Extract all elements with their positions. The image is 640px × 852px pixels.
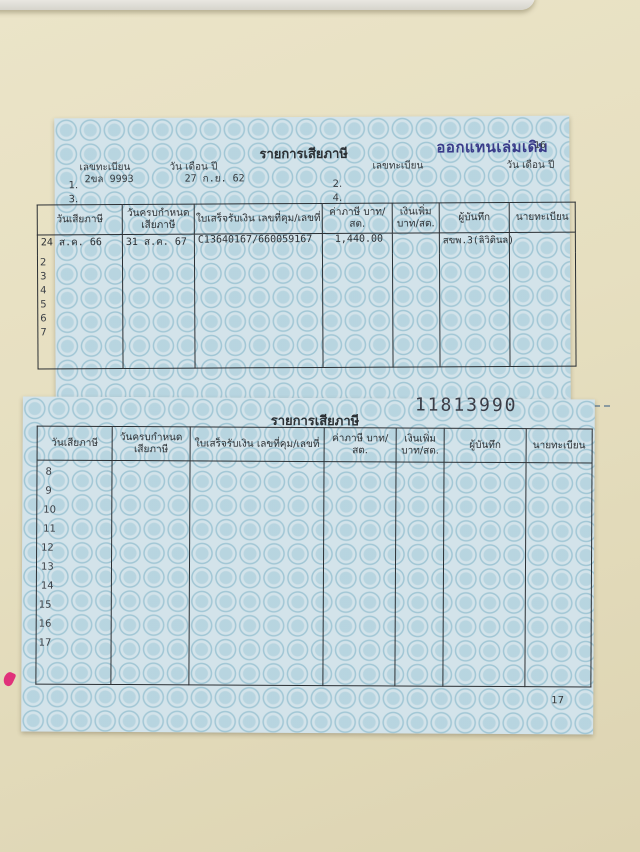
col-surcharge: เงินเพิ่ม บาท/สต. — [396, 428, 444, 462]
col-registrar: นายทะเบียน — [509, 202, 575, 232]
tax-amount-cell: 1,440.00 — [323, 234, 392, 245]
row-number: 12 — [37, 543, 111, 554]
col-receipt: ใบเสร็จรับเงิน เลขที่คุม/เลขที่ — [190, 427, 324, 462]
row-number: 2 — [38, 256, 122, 267]
tax-record-table-top: วันเสียภาษี วันครบกำหนด เสียภาษี ใบเสร็จ… — [37, 202, 577, 370]
col-due-date: วันครบกำหนด เสียภาษี — [122, 204, 194, 234]
serial-number: 11813990 — [415, 395, 518, 417]
row-number: 10 — [37, 505, 111, 516]
top-page: รายการเสียภาษี ออกแทนเล่มเดิม 16 เลขทะเบ… — [54, 116, 571, 409]
desk-object-edge — [0, 0, 535, 10]
col-due-date: วันครบกำหนด เสียภาษี — [112, 426, 190, 460]
row-number: 13 — [37, 562, 111, 573]
date-value: 27 ก.ย. 62 — [185, 171, 245, 186]
registration-label-right: เลขทะเบียน — [372, 158, 423, 173]
col-surcharge: เงินเพิ่ม บาท/สต. — [392, 203, 439, 233]
recorder-cell: สขพ.3(ลิวิดินล) — [440, 233, 509, 248]
col-tax-amount: ค่าภาษี บาท/สต. — [324, 428, 396, 462]
reissue-stamp: ออกแทนเล่มเดิม — [436, 135, 548, 160]
col-tax-amount: ค่าภาษี บาท/สต. — [322, 203, 392, 233]
pink-marker-smudge — [2, 671, 17, 688]
line-number: 1. — [69, 180, 79, 191]
row-number: 11 — [37, 524, 111, 535]
row-number: 15 — [37, 600, 111, 611]
row-number: 14 — [37, 581, 111, 592]
due-date-cell: 31 ส.ค. 67 — [123, 235, 194, 250]
row-number: 7 — [38, 326, 122, 337]
receipt-cell: C13640167/660059167 — [195, 234, 322, 246]
row-number: 16 — [37, 619, 111, 630]
row-number: 6 — [38, 312, 122, 323]
bottom-page: 11813990 รายการเสียภาษี วันเสียภาษี วันค… — [21, 397, 595, 735]
table-row: 24 ส.ค. 66 31 ส.ค. 67 C13640167/66005916… — [37, 232, 575, 255]
col-tax-date: วันเสียภาษี — [37, 204, 122, 234]
table-body-empty: 8 9 10 11 12 13 14 15 16 17 — [36, 460, 592, 687]
top-page-title: รายการเสียภาษี — [259, 143, 348, 164]
col-receipt: ใบเสร็จรับเงิน เลขที่คุม/เลขที่ — [194, 203, 322, 234]
registration-value: 2ขล 9993 — [85, 172, 134, 187]
tax-date-cell: 24 ส.ค. 66 — [38, 235, 122, 250]
col-tax-date: วันเสียภาษี — [37, 426, 112, 460]
row-number: 3 — [38, 270, 122, 281]
col-registrar: นายทะเบียน — [526, 429, 592, 463]
row-number: 8 — [37, 467, 111, 478]
col-recorder: ผู้บันทึก — [439, 202, 509, 232]
row-number: 17 — [37, 638, 111, 649]
page-number: 16 — [534, 141, 546, 151]
date-label-right: วัน เดือน ปี — [506, 158, 554, 173]
row-number: 9 — [37, 486, 111, 497]
tax-record-table-bottom: วันเสียภาษี วันครบกำหนด เสียภาษี ใบเสร็จ… — [35, 426, 592, 688]
row-number: 5 — [38, 298, 122, 309]
row-number: 4 — [38, 284, 122, 295]
col-recorder: ผู้บันทึก — [444, 428, 526, 462]
line-number: 2. — [333, 179, 343, 190]
table-row-empty: 2 3 4 5 6 7 — [37, 252, 576, 369]
page-number: 17 — [551, 695, 564, 706]
